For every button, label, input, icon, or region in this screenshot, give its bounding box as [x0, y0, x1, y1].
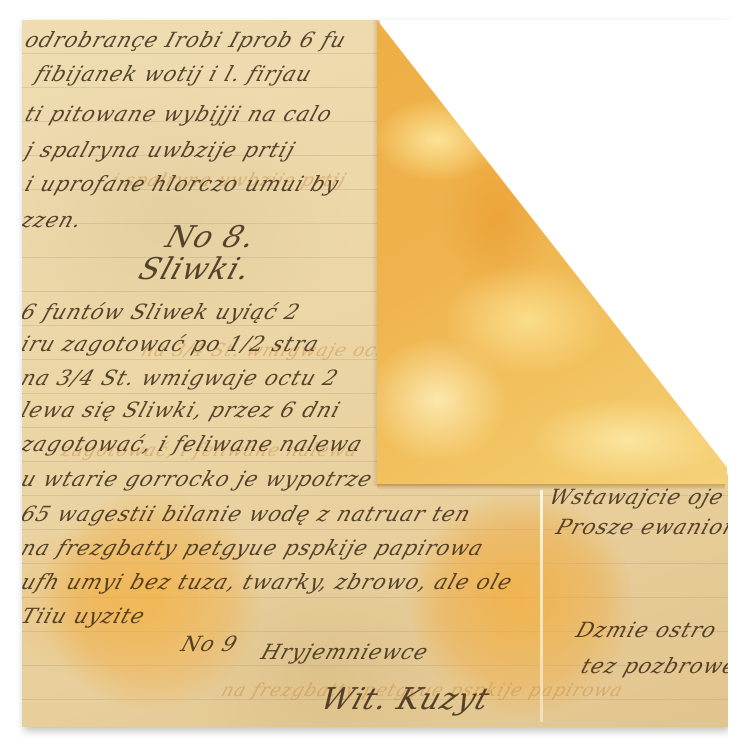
handwriting-line: ti pitowane wybijji na calo	[22, 102, 336, 126]
handwriting-line: lewa się Sliwki, przez 6 dni	[22, 398, 344, 422]
handwriting-line: i uprofane hlorczo umui by	[22, 172, 343, 196]
handwriting-line: zagotować, i feliwane nalewa	[22, 432, 366, 456]
handwriting-line: iru zagotować po 1/2 stra	[22, 332, 323, 356]
handwriting-line: fibijanek wotij i l. firjau	[32, 62, 315, 86]
handwriting-line: Hryjemniewce	[258, 640, 432, 664]
handwriting-line: ufh umyi bez tuza, twarky, zbrowo, ale o…	[22, 570, 516, 594]
handwriting-line: Dzmie ostro	[573, 618, 720, 642]
handwriting-line: Prosze ewanion	[553, 515, 728, 539]
handwriting-line: 6 funtów Sliwek uyiąć 2	[22, 300, 304, 324]
recipe-title: Sliwki.	[134, 252, 255, 287]
handwriting-line: tez pozbrowe	[578, 654, 728, 678]
handwriting-line: 65 wagestii bilanie wodę z natruar ten	[22, 502, 474, 526]
handwriting-line: na frezgbatty petgyue pspkije papirowa	[22, 536, 487, 560]
handwriting-line: Tiiu uyzite	[22, 604, 149, 628]
handwriting-line: No 9	[178, 632, 241, 656]
flap-bottom-shadow	[377, 484, 725, 490]
recipe-number: No 8.	[161, 220, 260, 255]
handwriting-line: zzen.	[22, 208, 86, 232]
handwriting-line: na 3/4 St. wmigwaje octu 2	[22, 366, 342, 390]
paper-crease	[540, 490, 543, 722]
signature: Wit. Kuzyt	[316, 682, 494, 717]
handwriting-line: u wtarie gorrocko je wypotrze	[22, 467, 376, 491]
handwriting-line: odrobrançe Irobi Iprob 6 fu	[22, 28, 350, 52]
handwriting-line: j spalryna uwbzije prtij	[22, 138, 299, 162]
